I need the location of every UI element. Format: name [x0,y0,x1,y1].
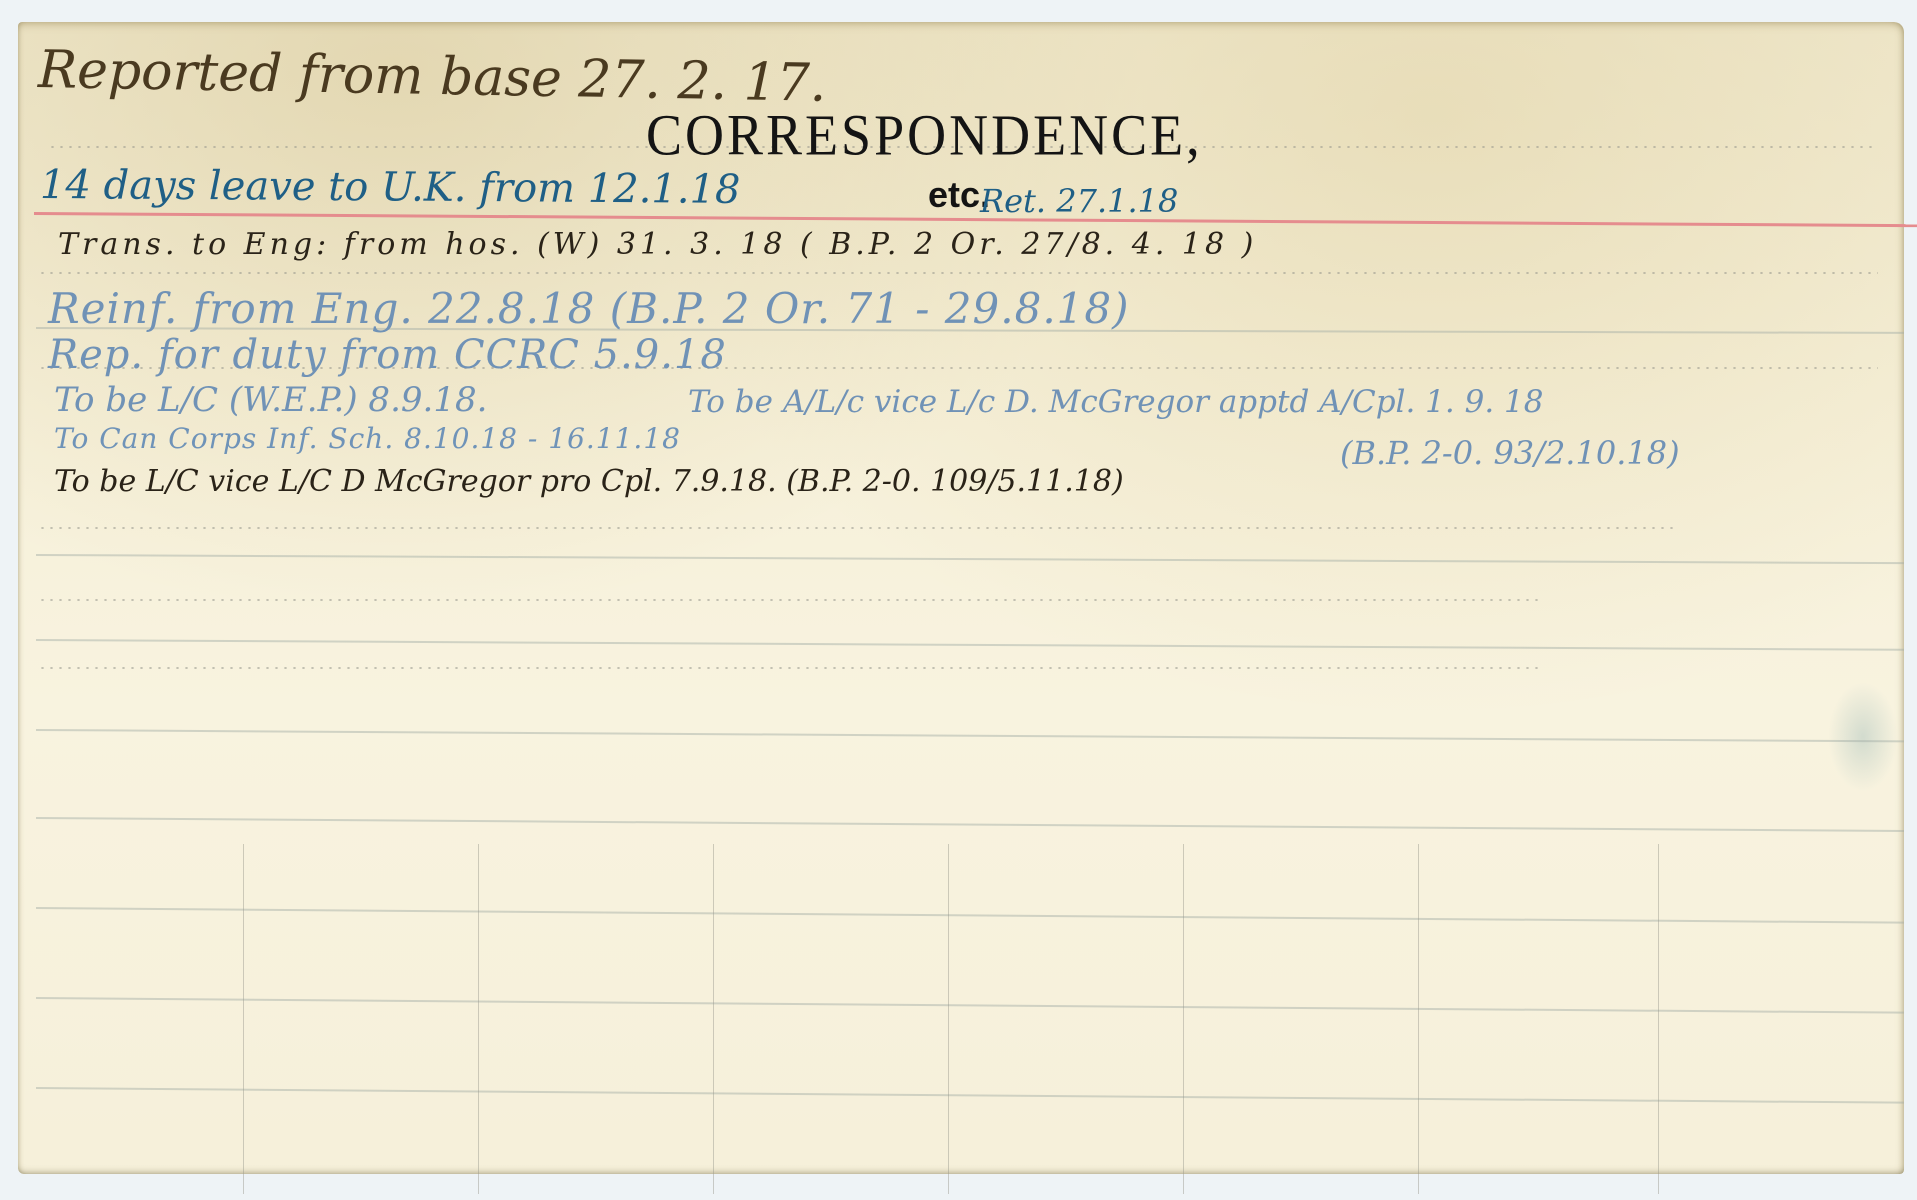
entry-corps-school: To Can Corps Inf. Sch. 8.10.18 - 16.11.1… [54,422,681,455]
ruled-line [36,639,1904,651]
ruled-line [36,729,1904,742]
entry-reported-from-base: Reported from base 27. 2. 17. [37,40,826,114]
entry-bp-93: (B.P. 2-0. 93/2.10.18) [1340,434,1680,472]
dotted-rule [38,272,1878,274]
column-rule [1183,844,1184,1194]
record-card: CORRESPONDENCE, etc. Reported from base … [18,22,1904,1174]
column-rule [243,844,244,1194]
entry-lance-corporal-wep: To be L/C (W.E.P.) 8.9.18. [54,380,487,420]
entry-reported-for-duty: Rep. for duty from CCRC 5.9.18 [48,332,727,378]
column-rule [1418,844,1419,1194]
ruled-line [36,817,1904,832]
entry-transfer-england: Trans. to Eng: from hos. (W) 31. 3. 18 (… [58,227,1257,262]
dotted-rule [38,667,1538,669]
column-rule [478,844,479,1194]
entry-leave: 14 days leave to U.K. from 12.1.18 [40,162,741,213]
ruled-line [36,907,1904,924]
ruled-line [36,1087,1904,1104]
column-rule [713,844,714,1194]
ruled-line [36,997,1904,1014]
entry-acting-lance-corporal: To be A/L/c vice L/c D. McGregor apptd A… [688,384,1543,420]
column-rule [948,844,949,1194]
dotted-rule [38,527,1678,529]
stain [1828,682,1898,792]
dotted-rule [38,599,1538,601]
entry-lance-corporal-vice: To be L/C vice L/C D McGregor pro Cpl. 7… [54,464,1124,499]
entry-reinforcement: Reinf. from Eng. 22.8.18 (B.P. 2 Or. 71 … [48,284,1130,333]
entry-leave-return: Ret. 27.1.18 [980,182,1178,220]
ruled-line [36,554,1904,564]
column-rule [1658,844,1659,1194]
